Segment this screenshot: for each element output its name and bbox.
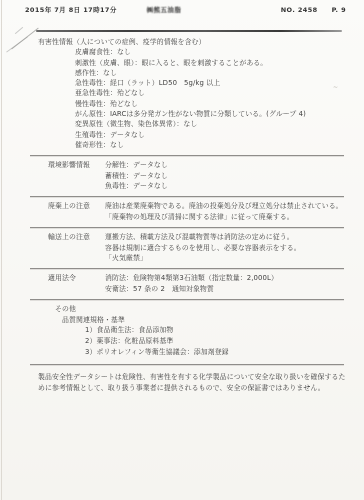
hazard-item: 催奇形性：なし xyxy=(75,140,344,150)
applicable-laws-item: 安衛法：57 条の 2 通知対象物質 xyxy=(105,284,344,294)
quality-standard-item: 1）食品衛生法：食品添加物 xyxy=(85,325,344,336)
hazard-item: 急性毒性：経口（ラット）LD50 5g/kg 以上 xyxy=(75,78,344,88)
environment-item: 分解性：データなし xyxy=(105,160,344,170)
section-divider xyxy=(30,196,344,197)
section-divider xyxy=(30,299,344,300)
applicable-laws-section: 適用法令 消防法：危険物第4類第3石油類（指定数量：2,000L） 安衛法：57… xyxy=(38,273,344,294)
quality-standards-subheading: 品質関連規格・基準 xyxy=(38,315,344,326)
other-section: その他 品質関連規格・基準 1）食品衛生法：食品添加物 2）薬事法：化粧品原料基… xyxy=(38,304,344,357)
hazard-item: 生殖毒性：データなし xyxy=(75,130,344,140)
environment-item-list: 分解性：データなし 蓄積性：データなし 魚毒性：データなし xyxy=(105,160,344,191)
disposal-item-list: 廃油は産業廃棄物である。廃油の投棄処分及び埋立処分は禁止されている。 「廃棄物の… xyxy=(105,201,344,222)
fax-doc-number: NO. 2458 xyxy=(281,6,318,14)
applicable-laws-section-label: 適用法令 xyxy=(38,273,105,294)
applicable-laws-item-list: 消防法：危険物第4類第3石油類（指定数量：2,000L） 安衛法：57 条の 2… xyxy=(105,273,344,294)
disposal-item: 廃油は産業廃棄物である。廃油の投棄処分及び埋立処分は禁止されている。 xyxy=(105,201,344,211)
disposal-section-label: 廃棄上の注意 xyxy=(38,201,105,222)
hazard-item: 亜急性毒性：殆どなし xyxy=(75,88,344,98)
hazard-item: がん原性：IARCは多分発ガン性がない物質に分類している。(グループ 4) xyxy=(75,109,344,119)
environment-section-label: 環境影響情報 xyxy=(38,160,105,191)
footer-divider xyxy=(30,364,344,365)
disclaimer-note: 製品安全性データシートは危険性、有害性を有する化学製品について安全な取り扱いを確… xyxy=(38,372,346,394)
environment-item: 蓄積性：データなし xyxy=(105,171,344,181)
sds-document-body: 有害性情報（人についての症例、疫学的情報を含む） 皮膚腐食性：なし 刺激性（皮膚… xyxy=(38,37,344,394)
environment-section: 環境影響情報 分解性：データなし 蓄積性：データなし 魚毒性：データなし xyxy=(38,160,344,191)
fax-sender-name: ㈱熊五油脂 xyxy=(147,5,182,14)
hazard-item: 皮膚腐食性：なし xyxy=(75,47,344,57)
transport-section-label: 輸送上の注意 xyxy=(38,232,105,263)
header-divider-rule xyxy=(36,30,342,32)
fax-page-number: P. 9 xyxy=(332,6,346,14)
transport-item: 容器は規制に適合するものを使用し、必要な容器表示をする。 xyxy=(105,243,344,253)
quality-standards-list: 1）食品衛生法：食品添加物 2）薬事法：化粧品原料基準 3）ポリオレフィン等衛生… xyxy=(38,325,344,357)
transport-item-list: 運搬方法、積載方法及び混載物質等は消防法の定めに従う。 容器は規制に適合するもの… xyxy=(105,232,344,263)
hazard-item-list: 皮膚腐食性：なし 刺激性（皮膚、眼）：眼に入ると、眼を刺激することがある。 感作… xyxy=(75,47,344,150)
scanned-document-page: 2015年 7月 8日 17時17分 ㈱熊五油脂 NO. 2458 P. 9 ~… xyxy=(0,0,364,500)
hazard-item: 変異原性（微生物、染色体異常）：なし xyxy=(75,119,344,129)
scan-edge-artifact xyxy=(1,0,2,500)
hazard-item: 感作性：なし xyxy=(75,68,344,78)
fax-datetime: 2015年 7月 8日 17時17分 xyxy=(25,5,117,14)
transport-item: 「火気厳禁」 xyxy=(105,253,344,263)
other-section-label: その他 xyxy=(38,304,344,315)
quality-standard-item: 2）薬事法：化粧品原料基準 xyxy=(85,336,344,347)
pencil-mark-artifact xyxy=(15,27,23,34)
transport-item: 運搬方法、積載方法及び混載物質等は消防法の定めに従う。 xyxy=(105,232,344,242)
section-divider xyxy=(30,227,344,228)
section-divider xyxy=(30,155,344,156)
quality-standard-item: 3）ポリオレフィン等衛生協議会：添加剤登録 xyxy=(85,347,344,358)
section-divider xyxy=(30,268,344,269)
fax-header-right: NO. 2458 P. 9 xyxy=(281,6,346,14)
pencil-mark-artifact xyxy=(6,36,28,52)
hazard-item: 慢性毒性：殆どなし xyxy=(75,99,344,109)
disposal-item: 「廃棄物の処理及び清掃に関する法律」に従って廃棄する。 xyxy=(105,212,344,222)
transport-section: 輸送上の注意 運搬方法、積載方法及び混載物質等は消防法の定めに従う。 容器は規制… xyxy=(38,232,344,263)
disposal-section: 廃棄上の注意 廃油は産業廃棄物である。廃油の投棄処分及び埋立処分は禁止されている… xyxy=(38,201,344,222)
hazard-section-title: 有害性情報（人についての症例、疫学的情報を含む） xyxy=(38,37,344,47)
applicable-laws-item: 消防法：危険物第4類第3石油類（指定数量：2,000L） xyxy=(105,273,344,283)
fax-header: 2015年 7月 8日 17時17分 ㈱熊五油脂 NO. 2458 P. 9 xyxy=(25,5,346,14)
hazard-item: 刺激性（皮膚、眼）：眼に入ると、眼を刺激することがある。 xyxy=(75,58,344,68)
environment-item: 魚毒性：データなし xyxy=(105,181,344,191)
